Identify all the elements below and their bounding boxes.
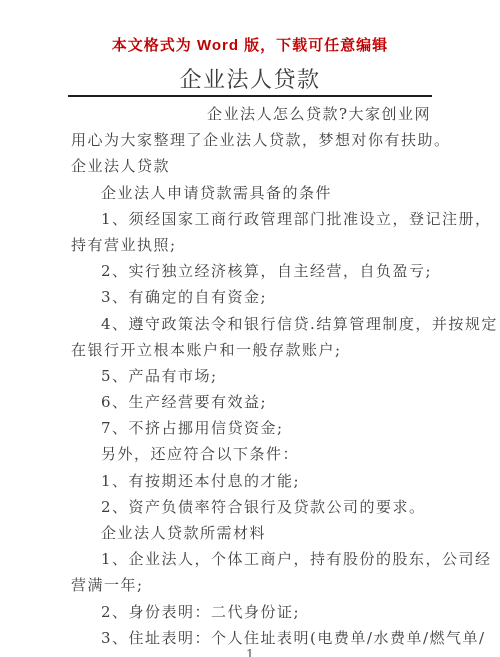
text-line: 1、企业法人，个体工商户，持有股份的股东，公司经	[71, 546, 431, 572]
text-line: 1、须经国家工商行政管理部门批准设立，登记注册，	[71, 206, 431, 232]
text-line: 2、资产负债率符合银行及贷款公司的要求。	[71, 494, 431, 520]
text-line: 2、实行独立经济核算，自主经营，自负盈亏;	[71, 258, 431, 284]
text-line: 6、生产经营要有效益;	[71, 389, 431, 415]
text-line: 企业法人贷款所需材料	[71, 520, 431, 546]
text-line: 3、有确定的自有资金;	[71, 284, 431, 310]
text-line: 5、产品有市场;	[71, 363, 431, 389]
document-body: 企业法人怎么贷款?大家创业网 用心为大家整理了企业法人贷款，梦想对你有扶助。 企…	[71, 101, 431, 651]
text-line: 另外，还应符合以下条件：	[71, 441, 431, 467]
text-line: 4、遵守政策法令和银行信贷.结算管理制度，并按规定	[71, 311, 431, 337]
text-line: 3、住址表明：个人住址表明(电费单/水费单/燃气单/	[71, 625, 431, 651]
text-line: 营满一年;	[71, 572, 431, 598]
document-page: 本文格式为 Word 版，下载可任意编辑 企业法人贷款 企业法人怎么贷款?大家创…	[0, 0, 500, 657]
text-line: 1、有按期还本付息的才能;	[71, 468, 431, 494]
text-line: 2、身份表明：二代身份证;	[71, 599, 431, 625]
title-underline	[68, 95, 432, 97]
text-line: 7、不挤占挪用信贷资金;	[71, 415, 431, 441]
text-line: 在银行开立根本账户和一般存款账户;	[71, 337, 431, 363]
text-line: 持有营业执照;	[71, 232, 431, 258]
page-title: 企业法人贷款	[0, 63, 500, 94]
text-line: 企业法人怎么贷款?大家创业网	[71, 101, 431, 127]
text-line: 用心为大家整理了企业法人贷款，梦想对你有扶助。	[71, 127, 431, 153]
text-line: 企业法人申请贷款需具备的条件	[71, 180, 431, 206]
format-notice: 本文格式为 Word 版，下载可任意编辑	[0, 34, 500, 55]
text-line: 企业法人贷款	[71, 153, 431, 179]
page-number: 1	[0, 648, 500, 657]
